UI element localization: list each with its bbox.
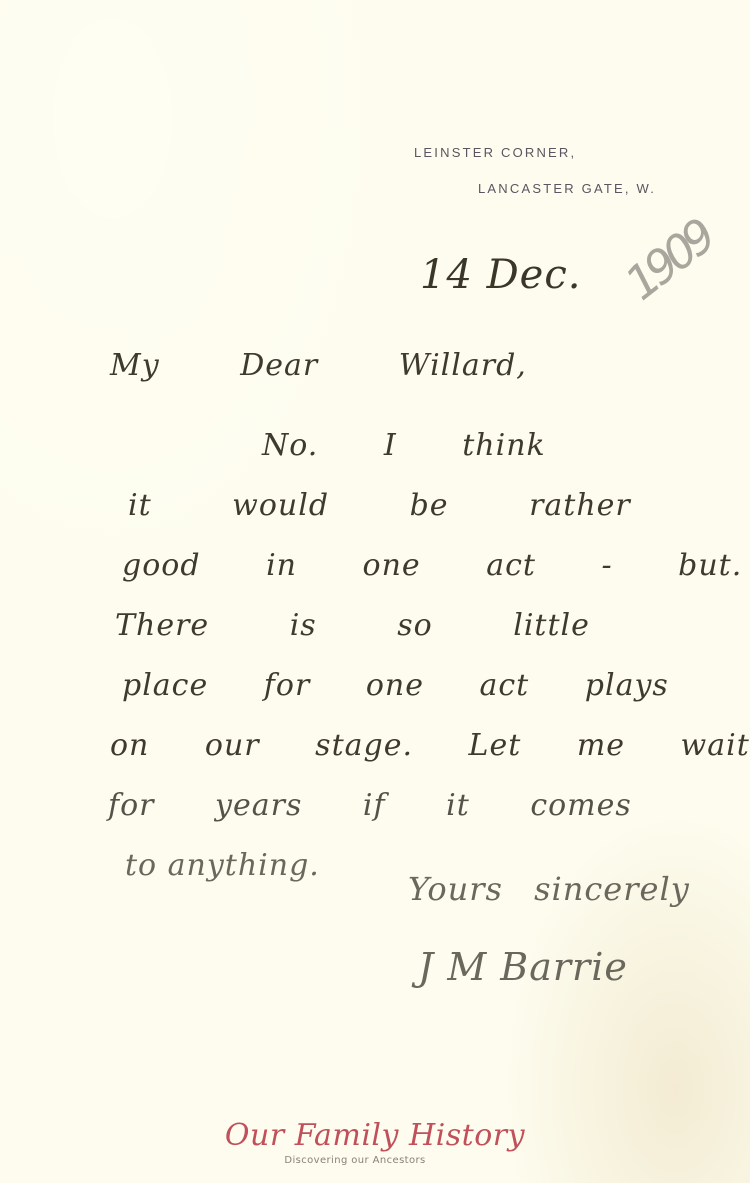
body-line: for years if it comes xyxy=(108,788,632,823)
body-line: to anything. xyxy=(125,848,320,883)
body-line: place for one act plays xyxy=(122,668,669,703)
watermark-title: Our Family History xyxy=(0,1118,750,1153)
letter-paper: Leinster Corner, Lancaster Gate, W. 14 D… xyxy=(0,0,750,1183)
body-line: good in one act - but. xyxy=(122,548,742,583)
salutation: My Dear Willard, xyxy=(110,348,527,383)
signature: J M Barrie xyxy=(418,945,628,989)
watermark-subtitle: Discovering our Ancestors xyxy=(0,1155,750,1166)
body-line: it would be rather xyxy=(128,488,631,523)
pencil-year-annotation: 1909 xyxy=(615,211,722,311)
letterhead-address-line-2: Lancaster Gate, W. xyxy=(478,181,656,196)
closing: Yours sincerely xyxy=(408,870,690,908)
body-line: There is so little xyxy=(115,608,590,643)
body-line: on our stage. Let me wait - xyxy=(110,728,750,763)
letterhead-address-line-1: Leinster Corner, xyxy=(414,145,576,160)
letter-date: 14 Dec. xyxy=(420,252,581,298)
watermark-logo: Our Family History Discovering our Ances… xyxy=(0,1118,750,1166)
body-line: No. I think xyxy=(262,428,546,463)
